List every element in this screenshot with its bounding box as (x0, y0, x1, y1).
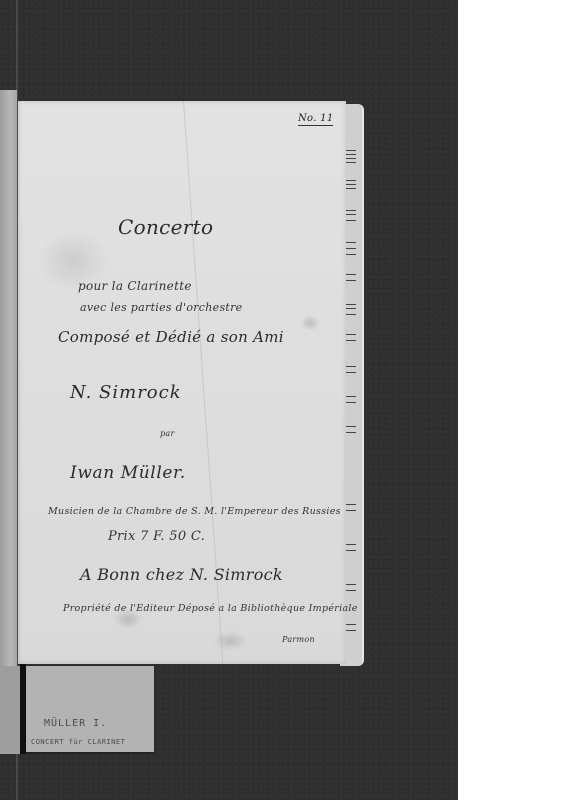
page-title: Concerto (118, 215, 213, 239)
rights-line: Propriété de l'Editeur Déposé a la Bibli… (63, 603, 358, 614)
label-subtitle: CONCERT für CLARINET (31, 738, 125, 746)
scanned-image: No. 11 Concerto pour la Clarinette avec … (0, 0, 458, 800)
price-line: Prix 7 F. 50 C. (108, 529, 205, 544)
engraver-signature: Parmon (282, 635, 315, 644)
publisher-line: A Bonn chez N. Simrock (80, 565, 283, 584)
shelf-mark: No. 11 (298, 113, 333, 126)
composer-role: Musicien de la Chambre de S. M. l'Empere… (48, 506, 341, 517)
catalog-label: MÜLLER I. CONCERT für CLARINET (26, 666, 154, 752)
binding-lower (0, 666, 22, 754)
label-composer: MÜLLER I. (44, 718, 107, 729)
composer-name: Iwan Müller. (70, 463, 186, 483)
title-page: No. 11 Concerto pour la Clarinette avec … (18, 101, 346, 664)
dedicatee-name: N. Simrock (70, 382, 182, 403)
par-line: par (160, 429, 175, 438)
binding-strip (0, 90, 17, 710)
dedication-line: Composé et Dédié a son Ami (58, 328, 284, 346)
orchestra-line: avec les parties d'orchestre (80, 301, 243, 314)
white-margin (458, 0, 566, 800)
instrument-line: pour la Clarinette (78, 279, 192, 293)
